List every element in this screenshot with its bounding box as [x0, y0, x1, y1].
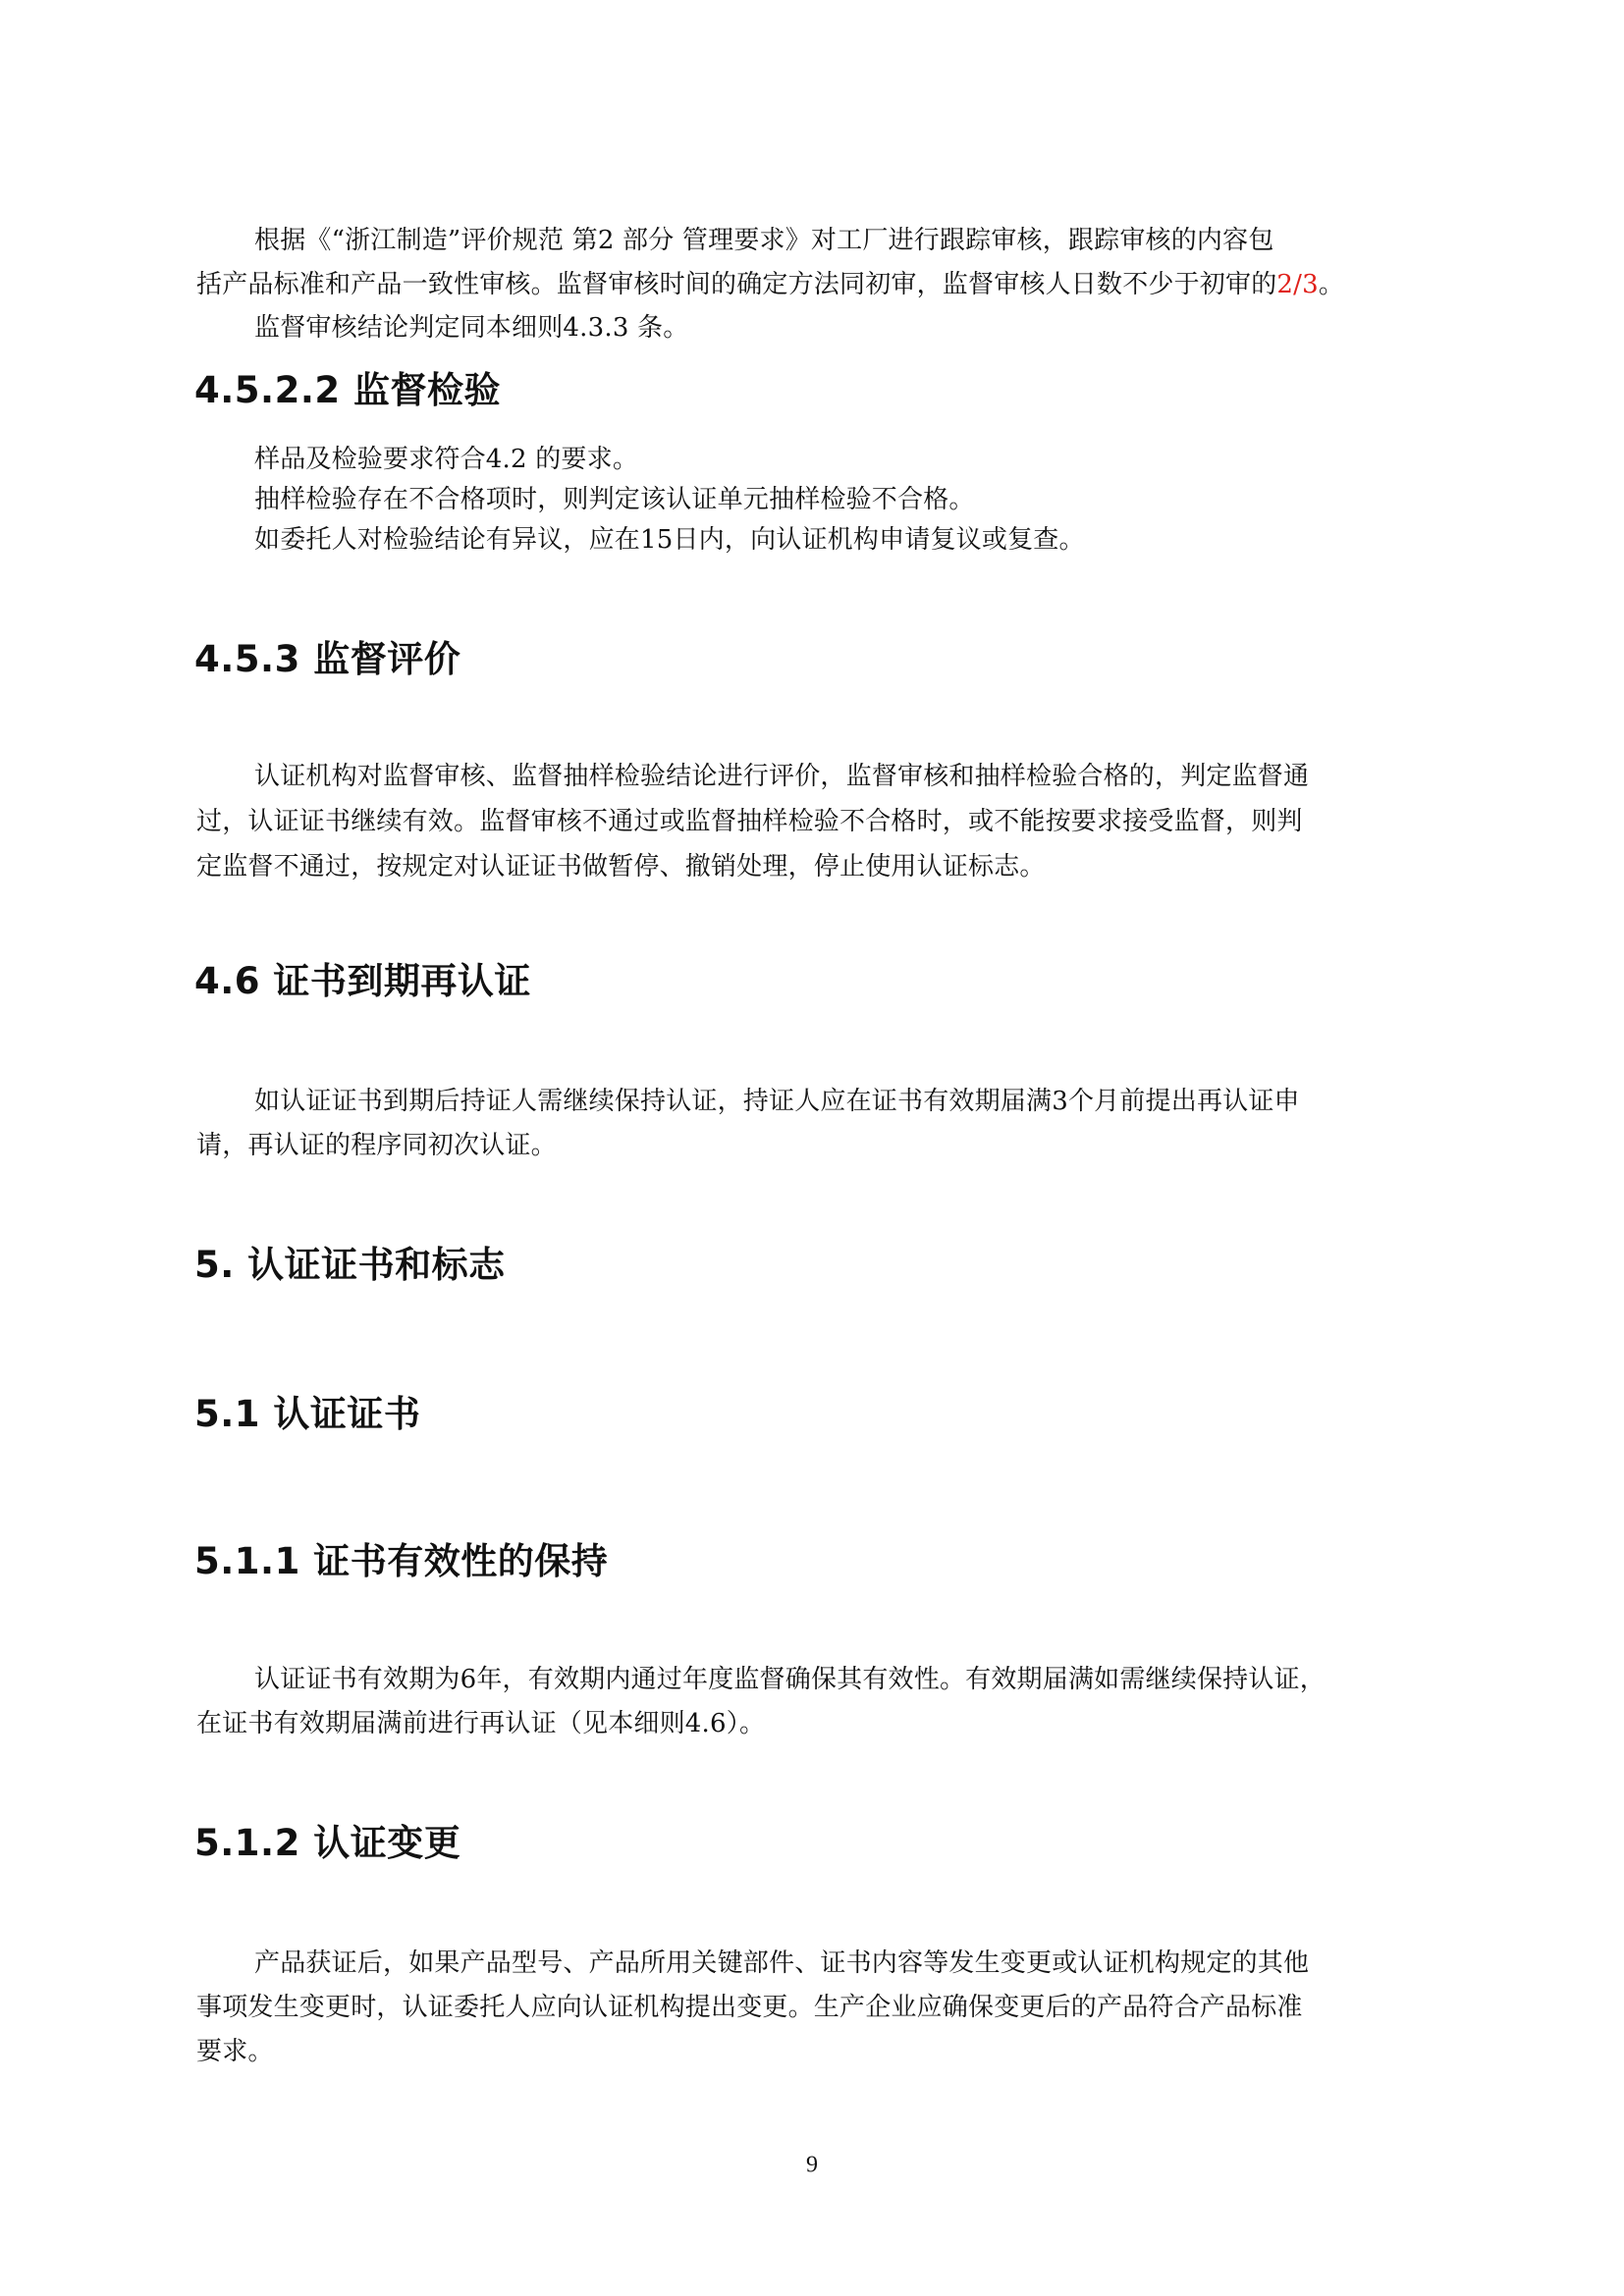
audit-para-line-2: 括产品标准和产品一致性审核。监督审核时间的确定方法同初审，监督审核人日数不少于初…: [196, 270, 1439, 299]
inspection-line-3: 如委托人对检验结论有异议，应在15日内，向认证机构申请复议或复查。: [254, 525, 1439, 555]
change-line-2: 事项发生变更时，认证委托人应向认证机构提出变更。生产企业应确保变更后的产品符合产…: [196, 1993, 1439, 2022]
inspection-line-1: 样品及检验要求符合4.2 的要求。: [254, 445, 1439, 474]
document-page: 根据《“浙江制造”评价规范 第2 部分 管理要求》对工厂进行跟踪审核，跟踪审核的…: [0, 0, 1624, 2296]
validity-line-2: 在证书有效期届满前进行再认证（见本细则4.6）。: [196, 1709, 1439, 1738]
recert-line-1: 如认证证书到期后持证人需继续保持认证，持证人应在证书有效期届满3个月前提出再认证…: [254, 1087, 1439, 1116]
heading-4-6: 4.6 证书到期再认证: [194, 960, 531, 1003]
highlight-fraction: 2/3: [1276, 270, 1318, 299]
recert-line-2: 请，再认证的程序同初次认证。: [196, 1131, 1439, 1160]
heading-4-5-2-2: 4.5.2.2 监督检验: [194, 369, 501, 412]
change-line-1: 产品获证后，如果产品型号、产品所用关键部件、证书内容等发生变更或认证机构规定的其…: [254, 1949, 1439, 1978]
heading-5-1: 5.1 认证证书: [194, 1393, 420, 1436]
page-number: 9: [0, 2153, 1624, 2179]
evaluation-line-2: 过，认证证书继续有效。监督审核不通过或监督抽样检验不合格时，或不能按要求接受监督…: [196, 807, 1439, 836]
change-line-3: 要求。: [196, 2037, 1439, 2066]
validity-line-1: 认证证书有效期为6年，有效期内通过年度监督确保其有效性。有效期届满如需继续保持认…: [254, 1665, 1439, 1694]
audit-para-line-1: 根据《“浙江制造”评价规范 第2 部分 管理要求》对工厂进行跟踪审核，跟踪审核的…: [254, 226, 1439, 255]
audit-para-line-2-text: 括产品标准和产品一致性审核。监督审核时间的确定方法同初审，监督审核人日数不少于初…: [196, 270, 1276, 299]
inspection-line-2: 抽样检验存在不合格项时，则判定该认证单元抽样检验不合格。: [254, 485, 1439, 514]
audit-para-line-2-end: 。: [1319, 270, 1344, 299]
heading-4-5-3: 4.5.3 监督评价: [194, 638, 460, 681]
audit-para-line-3: 监督审核结论判定同本细则4.3.3 条。: [254, 313, 1439, 343]
heading-5-1-2: 5.1.2 认证变更: [194, 1822, 460, 1865]
heading-5: 5. 认证证书和标志: [194, 1244, 506, 1287]
heading-5-1-1: 5.1.1 证书有效性的保持: [194, 1540, 608, 1583]
evaluation-line-3: 定监督不通过，按规定对认证证书做暂停、撤销处理，停止使用认证标志。: [196, 852, 1439, 881]
evaluation-line-1: 认证机构对监督审核、监督抽样检验结论进行评价，监督审核和抽样检验合格的，判定监督…: [254, 762, 1439, 791]
